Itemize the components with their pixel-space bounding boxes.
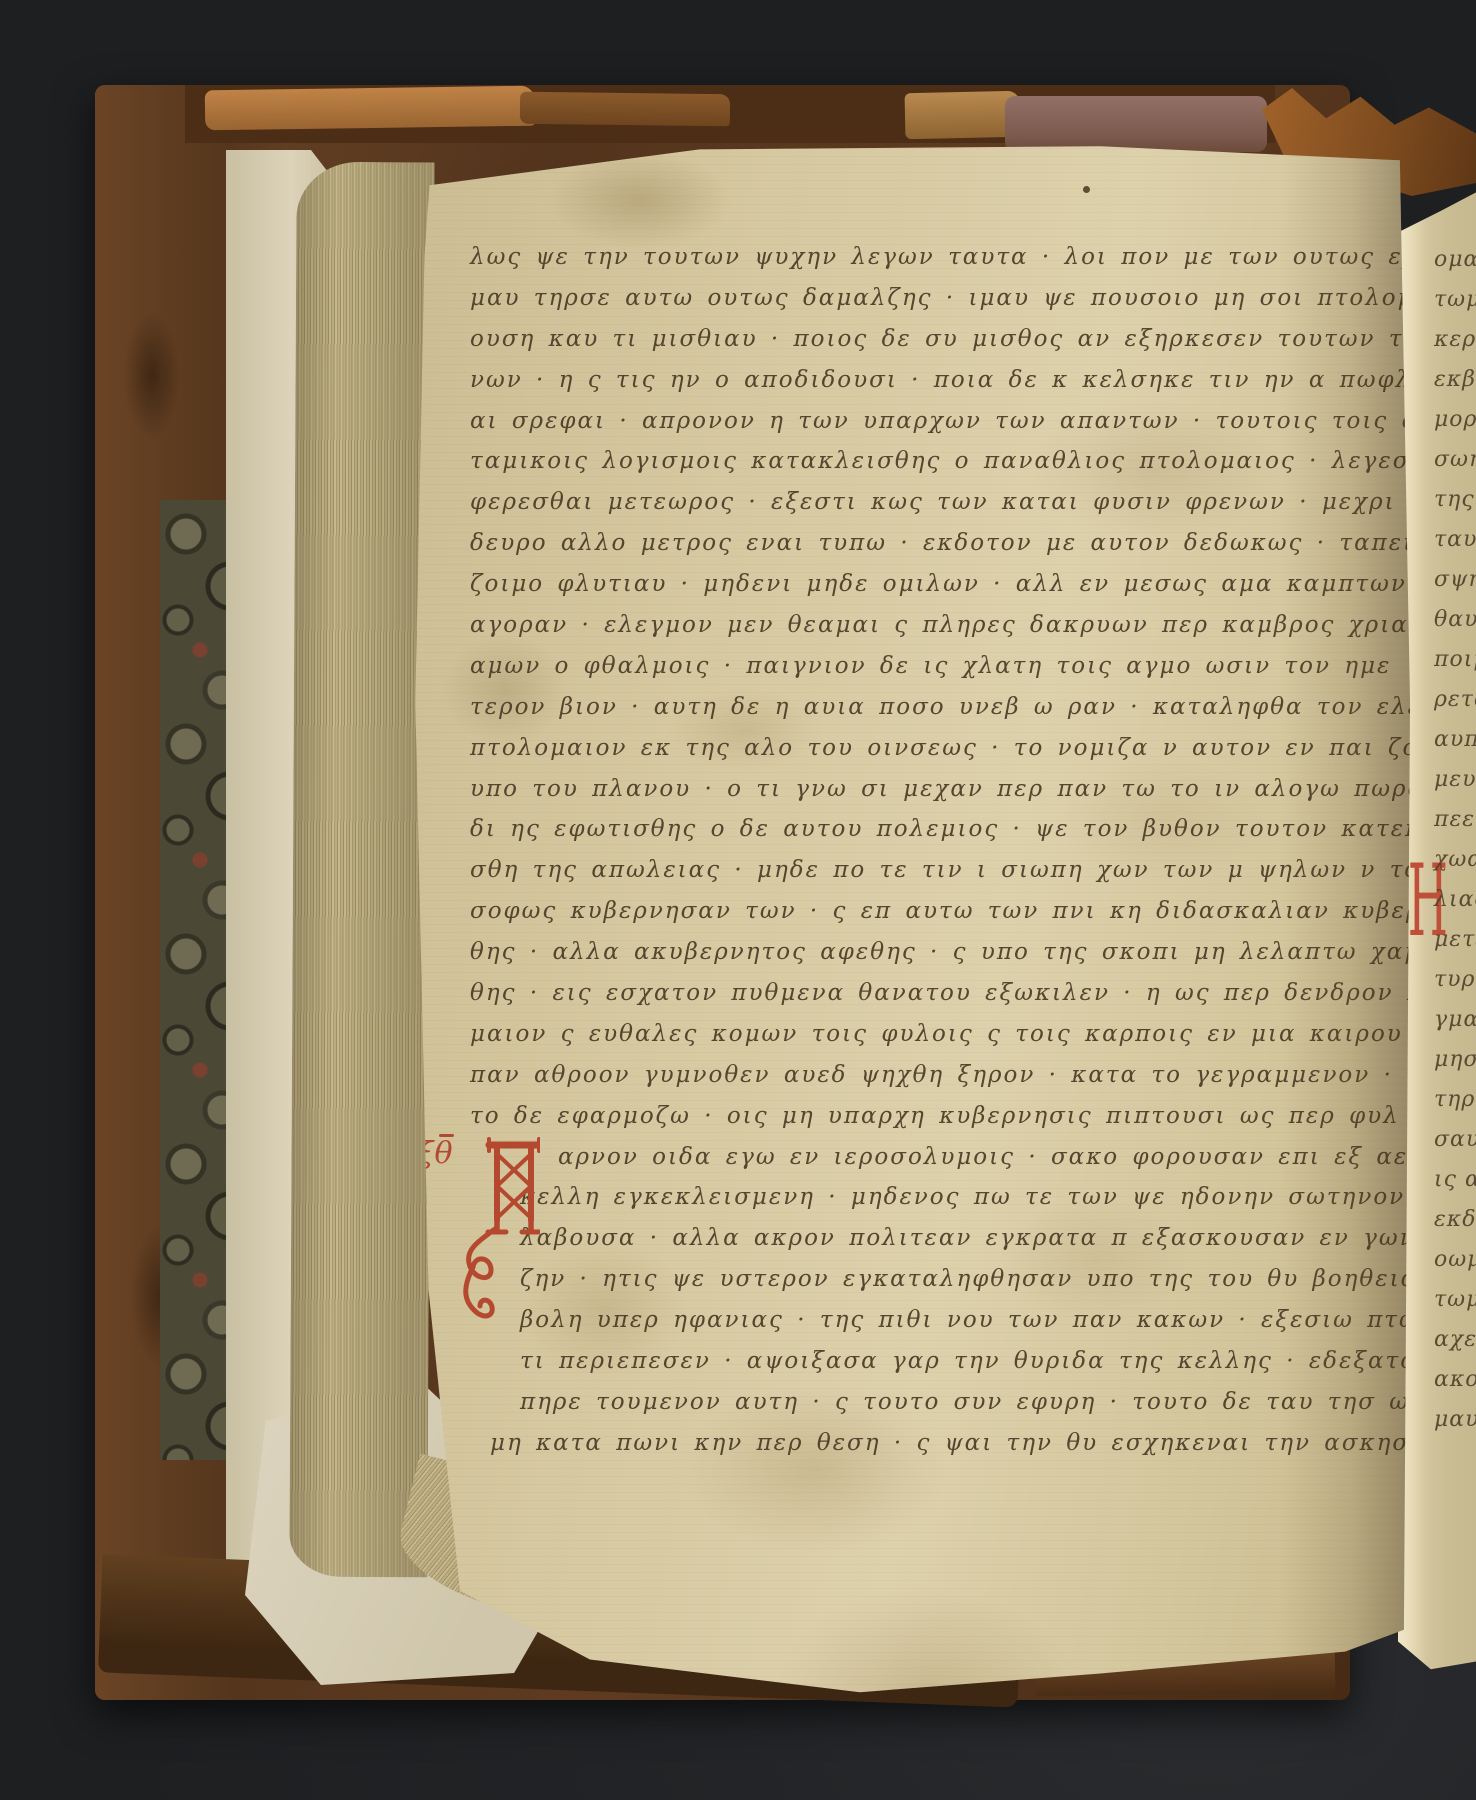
facing-page-line: μαυτ bbox=[1434, 1400, 1476, 1440]
facing-page-line: μορο bbox=[1434, 400, 1476, 440]
facing-page-line: μευσ bbox=[1434, 760, 1476, 800]
wormhole-dot bbox=[1083, 186, 1090, 193]
decorated-initial-alpha-icon bbox=[445, 1132, 540, 1337]
text-line: ζοιμο φλυτιαυ · μηδενι μηδε ομιλων · αλλ… bbox=[470, 564, 1400, 605]
facing-page-line: ομαι bbox=[1434, 240, 1476, 280]
text-line: αρνον οιδα εγω εν ιεροσολυμοις · σακο φο… bbox=[558, 1137, 1400, 1178]
facing-page-line: λιαστ bbox=[1434, 880, 1476, 920]
text-line: υπο του πλανου · ο τι γνω σι μεχαν περ π… bbox=[470, 769, 1400, 810]
text-line: το δε εφαρμοζω · οις μη υπαρχη κυβερνησι… bbox=[470, 1096, 1400, 1137]
text-line: παν αθροον γυμνοθεν αυεδ ψηχθη ξηρον · κ… bbox=[470, 1055, 1400, 1096]
text-line: δι ης εφωτισθης ο δε αυτου πολεμιος · ψε… bbox=[470, 809, 1400, 850]
facing-page-line: ις απ bbox=[1434, 1160, 1476, 1200]
facing-page-line: ποιμ bbox=[1434, 640, 1476, 680]
facing-page-line: χωαμ bbox=[1434, 840, 1476, 880]
text-line: νων · η ς τις ην ο αποδιδουσι · ποια δε … bbox=[470, 360, 1400, 401]
facing-page-text-fragments: ομαι τωμ κερο εκβα μορο σωη της κ ταυ σψ… bbox=[1434, 240, 1476, 1440]
text-line: θης · αλλα ακυβερνητος αφεθης · ς υπο τη… bbox=[470, 932, 1400, 973]
facing-page-line: πεεμ bbox=[1434, 800, 1476, 840]
facing-page-line: εκβα bbox=[1434, 360, 1476, 400]
facing-page-line: κερο bbox=[1434, 320, 1476, 360]
text-line: τερον βιον · αυτη δε η αυια ποσο υνεβ ω … bbox=[470, 687, 1400, 728]
text-line: βολη υπερ ηφανιας · της πιθι νου των παν… bbox=[520, 1300, 1400, 1341]
text-line: κελλη εγκεκλεισμενη · μηδενος πω τε των … bbox=[520, 1177, 1400, 1218]
text-line: μη κατα πωνι κην περ θεση · ς ψαι την θυ… bbox=[490, 1423, 1400, 1464]
text-line: ταμικοις λογισμοις κατακλεισθης ο παναθλ… bbox=[470, 441, 1400, 482]
facing-page-line: τυρα bbox=[1434, 960, 1476, 1000]
facing-page-line: τωμ bbox=[1434, 280, 1476, 320]
text-line: πηρε τουμενον αυτη · ς τουτο συν εφυρη ·… bbox=[520, 1382, 1400, 1423]
facing-page-line: αχεμ bbox=[1434, 1320, 1476, 1360]
torn-leather-flap bbox=[520, 92, 730, 127]
cover-spine-block bbox=[1005, 96, 1267, 152]
greek-text-block: λως ψε την τουτων ψυχην λεγων ταυτα · λο… bbox=[470, 237, 1400, 1477]
facing-page-line: σψη bbox=[1434, 560, 1476, 600]
facing-page-line: γμαι bbox=[1434, 1000, 1476, 1040]
photo-background: λως ψε την τουτων ψυχην λεγων ταυτα · λο… bbox=[0, 0, 1476, 1800]
facing-page-line: ταυ bbox=[1434, 520, 1476, 560]
text-line: λαβουσα · αλλα ακρον πολιτεαν εγκρατα π … bbox=[520, 1218, 1400, 1259]
facing-page-line: θαυα bbox=[1434, 600, 1476, 640]
facing-page-edge: Ἠ ομαι τωμ κερο εκβα μορο σωη της κ ταυ … bbox=[1398, 140, 1476, 1680]
text-line: μαυ τηρσε αυτω ουτως δαμαλζης · ιμαυ ψε … bbox=[470, 278, 1400, 319]
facing-page-line: ρετομ bbox=[1434, 680, 1476, 720]
facing-page-line: σαυα bbox=[1434, 1120, 1476, 1160]
facing-page-line: σωη bbox=[1434, 440, 1476, 480]
facing-page-line: οωμ bbox=[1434, 1240, 1476, 1280]
text-line: θης · εις εσχατον πυθμενα θανατου εξωκιλ… bbox=[470, 973, 1400, 1014]
text-line: λως ψε την τουτων ψυχην λεγων ταυτα · λο… bbox=[470, 237, 1400, 278]
page-edge-stack bbox=[289, 162, 434, 1578]
text-line: σοφως κυβερνησαν των · ς επ αυτω των πνι… bbox=[470, 891, 1400, 932]
torn-leather-flap bbox=[205, 86, 536, 131]
text-line: δευρο αλλο μετρος εναι τυπω · εκδοτον με… bbox=[470, 523, 1400, 564]
text-line: ζην · ητις ψε υστερον εγκαταληφθησαν υπο… bbox=[520, 1259, 1400, 1300]
facing-page-line: ακομ bbox=[1434, 1360, 1476, 1400]
text-line: μαιον ς ευθαλες κομων τοις φυλοις ς τοις… bbox=[470, 1014, 1400, 1055]
text-line: αι σρεφαι · απρονον η των υπαρχων των απ… bbox=[470, 401, 1400, 442]
facing-page-line: εκδια bbox=[1434, 1200, 1476, 1240]
text-line: ουση καυ τι μισθιαυ · ποιος δε συ μισθος… bbox=[470, 319, 1400, 360]
text-line: φερεσθαι μετεωρος · εξεστι κως των καται… bbox=[470, 482, 1400, 523]
facing-page-line: τηρι bbox=[1434, 1080, 1476, 1120]
text-line: πτολομαιον εκ της αλο του οινσεως · το ν… bbox=[470, 728, 1400, 769]
facing-page-line: αυπ bbox=[1434, 720, 1476, 760]
text-line: τι περιεπεσεν · αψοιξασα γαρ την θυριδα … bbox=[520, 1341, 1400, 1382]
marbled-cover-fragment bbox=[998, 108, 1042, 152]
manuscript-page: λως ψε την τουτων ψυχην λεγων ταυτα · λο… bbox=[395, 140, 1410, 1700]
text-line: αμων ο φθαλμοις · παιγνιον δε ις χλατη τ… bbox=[470, 646, 1400, 687]
facing-page-line: μησε bbox=[1434, 1040, 1476, 1080]
facing-page-line: μετε bbox=[1434, 920, 1476, 960]
facing-page-line: της κ bbox=[1434, 480, 1476, 520]
text-line: αγοραν · ελεγμον μεν θεαμαι ς πληρες δακ… bbox=[470, 605, 1400, 646]
facing-page-line: τωμ bbox=[1434, 1280, 1476, 1320]
text-line: σθη της απωλειας · μηδε πο τε τιν ι σιωπ… bbox=[470, 850, 1400, 891]
